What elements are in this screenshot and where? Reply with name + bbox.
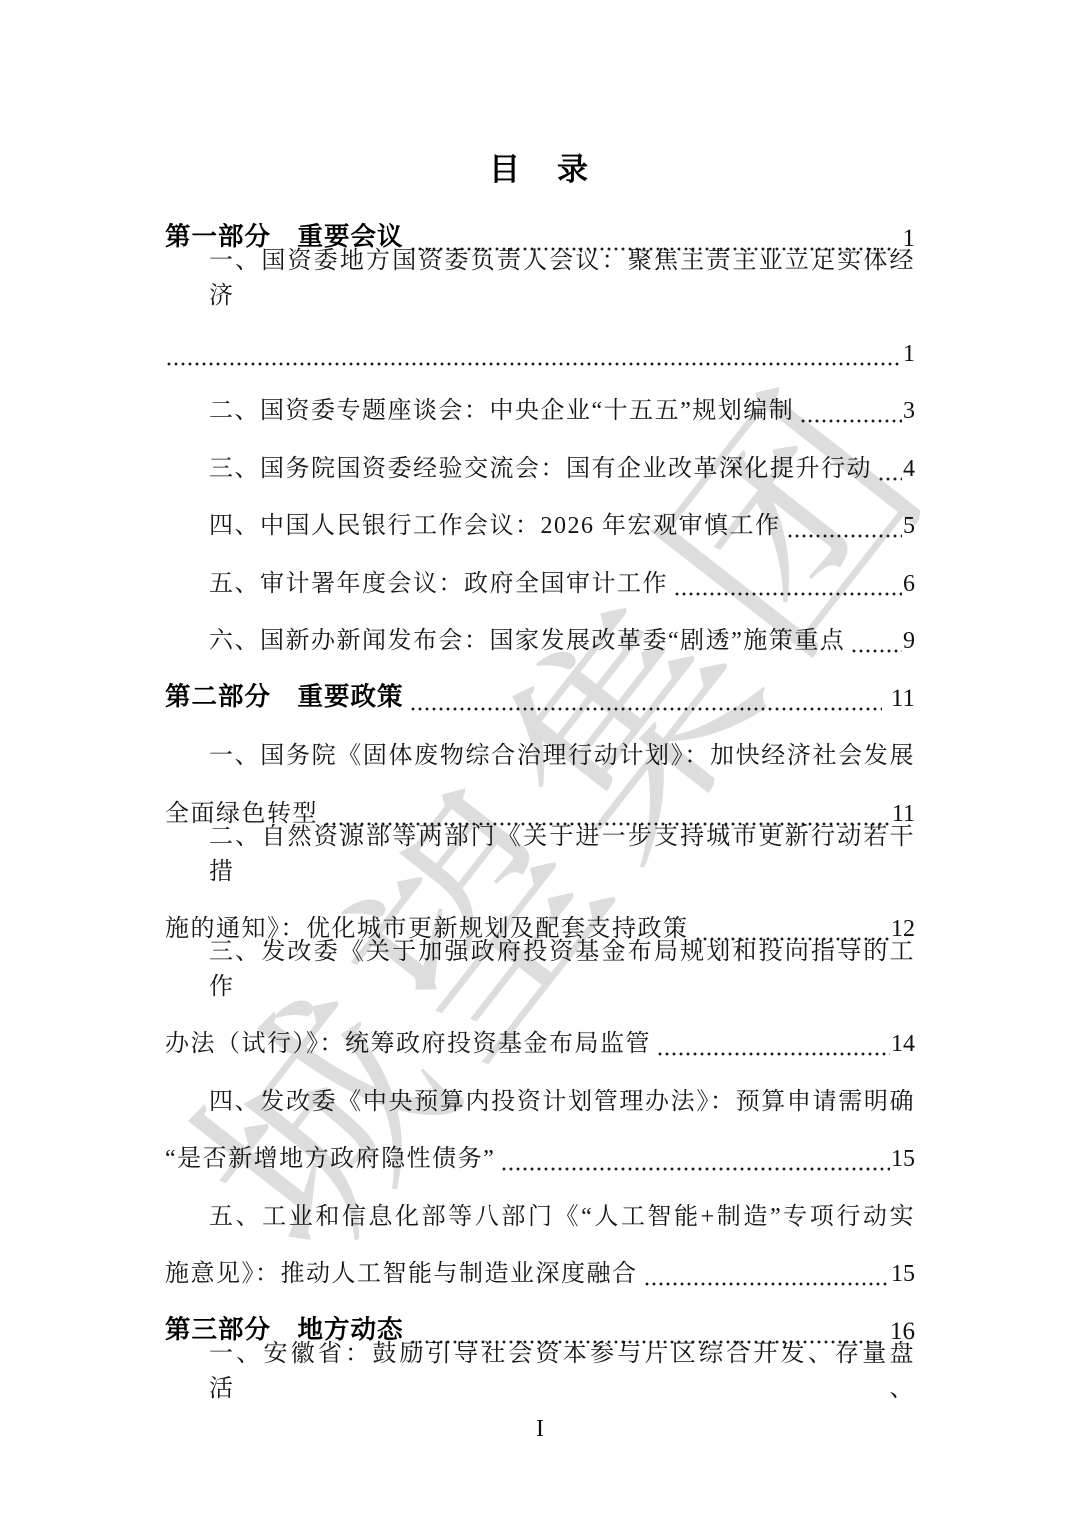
toc-entry-text: 五、工业和信息化部等八部门《“人工智能+制造”专项行动实 (209, 1196, 915, 1231)
dot-leader (644, 1281, 891, 1287)
toc-entry-row[interactable]: 四、中国人民银行工作会议：2026 年宏观审慎工作 5 (165, 490, 915, 548)
toc-entry-text: 四、中国人民银行工作会议：2026 年宏观审慎工作 (209, 505, 781, 540)
toc-entry-page-number: 15 (891, 1146, 915, 1173)
toc-entry-text: 五、审计署年度会议：政府全国审计工作 (209, 563, 668, 598)
toc-entry-text: 二、自然资源部等两部门《关于进一步支持城市更新行动若干措 (209, 816, 915, 886)
toc-entry-row[interactable]: 一、国资委地方国资委负责人会议：聚焦主责主业立足实体经济 (165, 260, 915, 318)
toc-entry-row[interactable]: 一、安徽省：鼓励引导社会资本参与片区综合开发、存量盘活、 (165, 1353, 915, 1411)
toc-entry-row[interactable]: 四、发改委《中央预算内投资计划管理办法》：预算申请需明确 (165, 1065, 915, 1123)
toc-entry-row[interactable]: 三、国务院国资委经验交流会：国有企业改革深化提升行动 4 (165, 432, 915, 490)
toc-entry-text: 三、发改委《关于加强政府投资基金布局规划和投向指导的工作 (209, 931, 915, 1001)
toc-entry-page-number: 14 (891, 1031, 915, 1058)
dot-leader (501, 1166, 890, 1172)
dot-leader (878, 476, 902, 482)
toc-entry-page-number: 3 (903, 398, 915, 425)
page-content: 目 录 第一部分 重要会议 1 一、国资委地方国资委负责人会议：聚焦主责主业立足… (165, 0, 915, 1443)
toc-entry-row[interactable]: 三、发改委《关于加强政府投资基金布局规划和投向指导的工作 (165, 950, 915, 1008)
toc-entry-page-number: 4 (903, 456, 915, 483)
document-page: 城望集团 目 录 第一部分 重要会议 1 一、国资委地方国资委负责人会议：聚焦主… (0, 0, 1080, 1527)
toc-entry-row[interactable]: “是否新增地方政府隐性债务” 15 (165, 1123, 915, 1181)
toc-entry-text: 办法（试行）》：统筹政府投资基金布局监管 (165, 1023, 651, 1058)
dot-leader (787, 533, 903, 539)
toc-entry-text: 一、国资委地方国资委负责人会议：聚焦主责主业立足实体经济 (209, 240, 915, 310)
toc-entry-text: 四、发改委《中央预算内投资计划管理办法》：预算申请需明确 (209, 1081, 915, 1116)
toc-entry-text: 施意见》：推动人工智能与制造业深度融合 (165, 1253, 638, 1288)
toc-entry-text: “是否新增地方政府隐性债务” (165, 1138, 495, 1173)
toc-entry-text: 二、国资委专题座谈会：中央企业“十五五”规划编制 (209, 390, 794, 425)
toc-entry-page-number: 6 (903, 571, 915, 598)
toc-entry-text: 三、国务院国资委经验交流会：国有企业改革深化提升行动 (209, 448, 872, 483)
toc-entry-page-number: 5 (903, 513, 915, 540)
toc-entry-row[interactable]: 五、审计署年度会议：政府全国审计工作 6 (165, 547, 915, 605)
toc-list: 第一部分 重要会议 1 一、国资委地方国资委负责人会议：聚焦主责主业立足实体经济… (165, 202, 915, 1410)
toc-entry-row[interactable]: 二、国资委专题座谈会：中央企业“十五五”规划编制 3 (165, 375, 915, 433)
toc-entry-row[interactable]: 二、自然资源部等两部门《关于进一步支持城市更新行动若干措 (165, 835, 915, 893)
toc-entry-text: 一、安徽省：鼓励引导社会资本参与片区综合开发、存量盘活、 (209, 1333, 915, 1403)
toc-entry-text: 六、国新办新闻发布会：国家发展改革委“剧透”施策重点 (209, 620, 845, 655)
toc-entry-page-number: 15 (891, 1261, 915, 1288)
page-number-footer: I (165, 1416, 915, 1443)
toc-entry-row[interactable]: 五、工业和信息化部等八部门《“人工智能+制造”专项行动实 (165, 1180, 915, 1238)
toc-entry-row[interactable]: 一、国务院《固体废物综合治理行动计划》：加快经济社会发展 (165, 720, 915, 778)
toc-entry-row[interactable]: 1 (165, 317, 915, 375)
toc-entry-text: 一、国务院《固体废物综合治理行动计划》：加快经济社会发展 (209, 735, 915, 770)
toc-entry-row[interactable]: 六、国新办新闻发布会：国家发展改革委“剧透”施策重点 9 (165, 605, 915, 663)
toc-entry-page-number: 1 (903, 341, 915, 368)
toc-entry-row[interactable]: 办法（试行）》：统筹政府投资基金布局监管 14 (165, 1008, 915, 1066)
dot-leader (851, 648, 902, 654)
toc-entry-text: 第二部分 重要政策 (165, 677, 404, 713)
dot-leader (674, 591, 902, 597)
dot-leader (410, 706, 882, 712)
toc-entry-row[interactable]: 第二部分 重要政策 11 (165, 662, 915, 720)
dot-leader (657, 1051, 890, 1057)
toc-title: 目 录 (165, 146, 915, 194)
dot-leader (800, 418, 902, 424)
toc-entry-page-number: 9 (903, 628, 915, 655)
toc-entry-row[interactable]: 施意见》：推动人工智能与制造业深度融合 15 (165, 1238, 915, 1296)
dot-leader (166, 361, 902, 367)
toc-entry-page-number: 11 (891, 685, 915, 713)
